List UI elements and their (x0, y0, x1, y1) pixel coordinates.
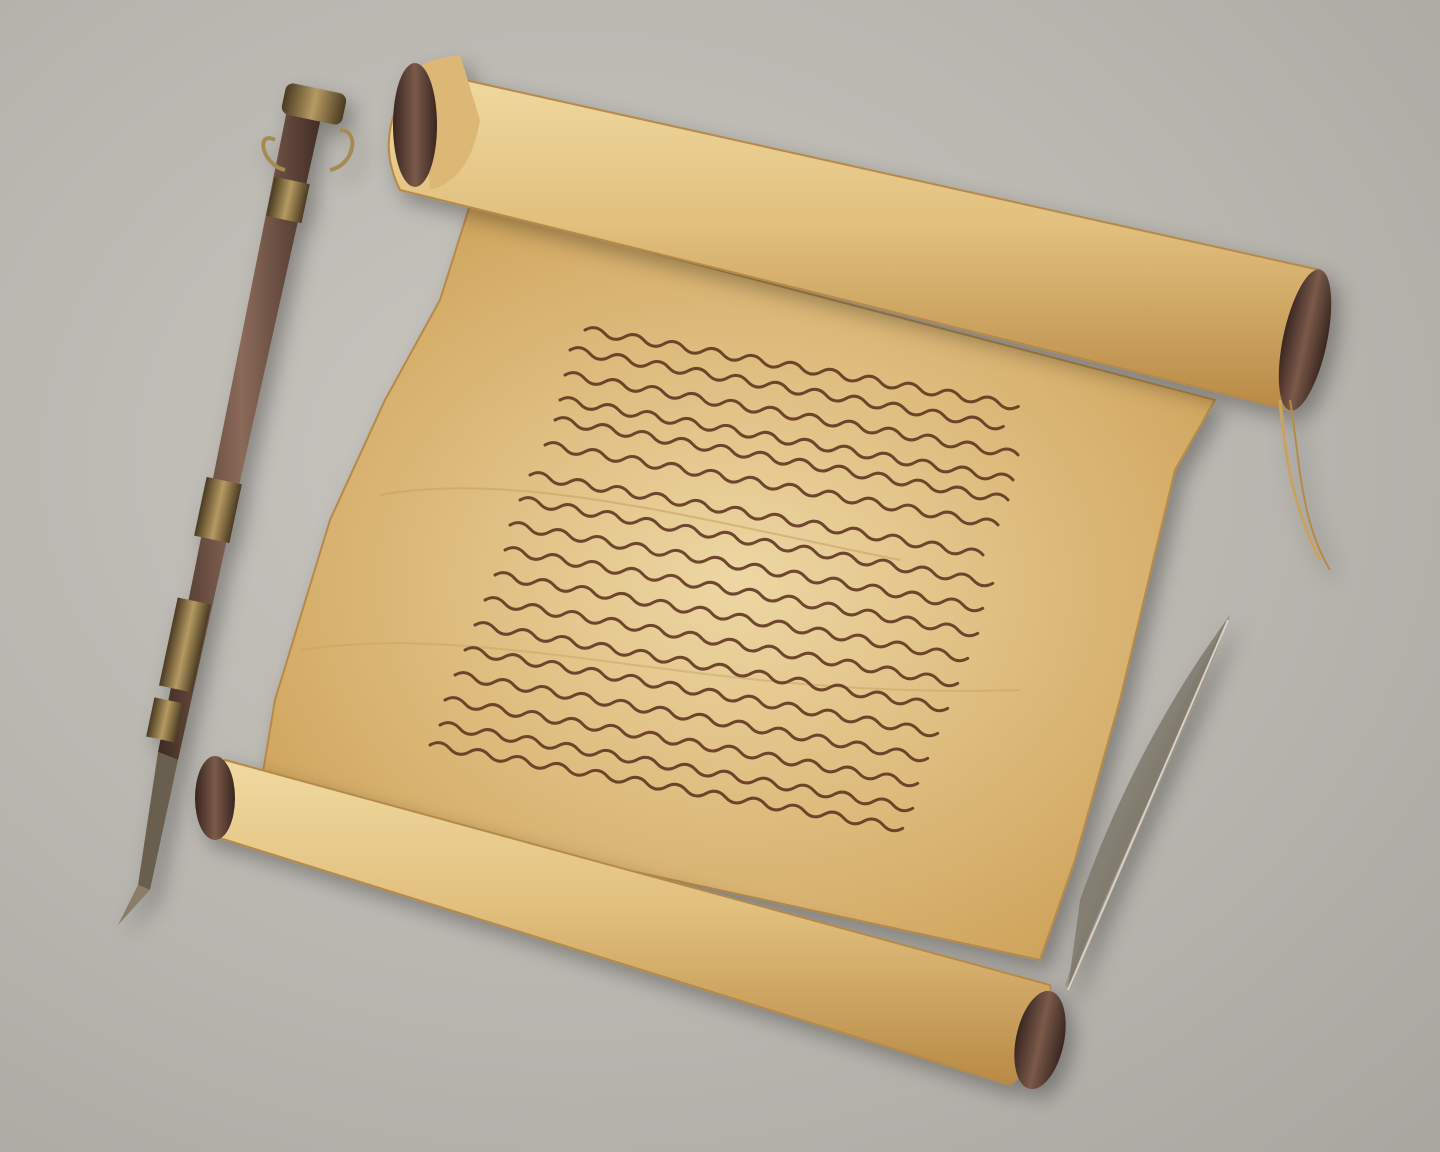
scene-illustration (0, 0, 1440, 1152)
photo-scene: Aged parchment scroll with illegible han… (0, 0, 1440, 1152)
